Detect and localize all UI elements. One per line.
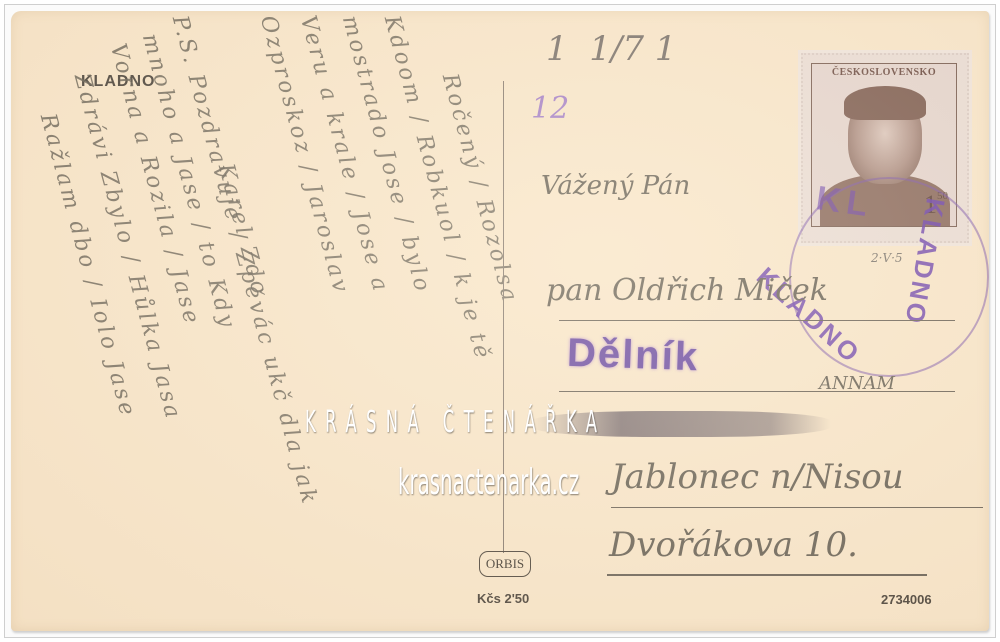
serial-number: 2734006 bbox=[881, 592, 932, 607]
address-rule bbox=[607, 574, 927, 576]
address-rule bbox=[559, 391, 955, 392]
publisher-logo: ORBIS bbox=[479, 551, 531, 577]
address-line-1: pan Oldřich Miček bbox=[546, 273, 828, 308]
address-rule bbox=[559, 320, 955, 321]
portrait-hair bbox=[844, 86, 926, 120]
pencil-numbers: 1 1/7 1 bbox=[546, 29, 676, 69]
stamp-country: ČESKOSLOVENSKO bbox=[812, 67, 956, 78]
watermark-title: KRÁSNÁ ČTENÁŘKA bbox=[305, 405, 712, 440]
postmark-cancel-text: KL bbox=[814, 179, 876, 226]
postcard: KLADNO P.S. Pozdravuje / Zpěvác ukč dla … bbox=[11, 11, 989, 631]
stamped-word: Dělník bbox=[566, 331, 700, 381]
price-label: Kčs 2'50 bbox=[477, 591, 529, 606]
greeting: Vážený Pán bbox=[541, 171, 690, 201]
address-line-4: Dvořákova 10. bbox=[609, 525, 858, 565]
watermark-url: krasnactenarka.cz bbox=[398, 462, 579, 503]
violet-numbers: 12 bbox=[531, 91, 569, 126]
address-line-3: Jablonec n/Nisou bbox=[611, 457, 904, 497]
address-rule bbox=[611, 507, 983, 508]
postmark-date: 2·V·5 bbox=[871, 251, 903, 265]
